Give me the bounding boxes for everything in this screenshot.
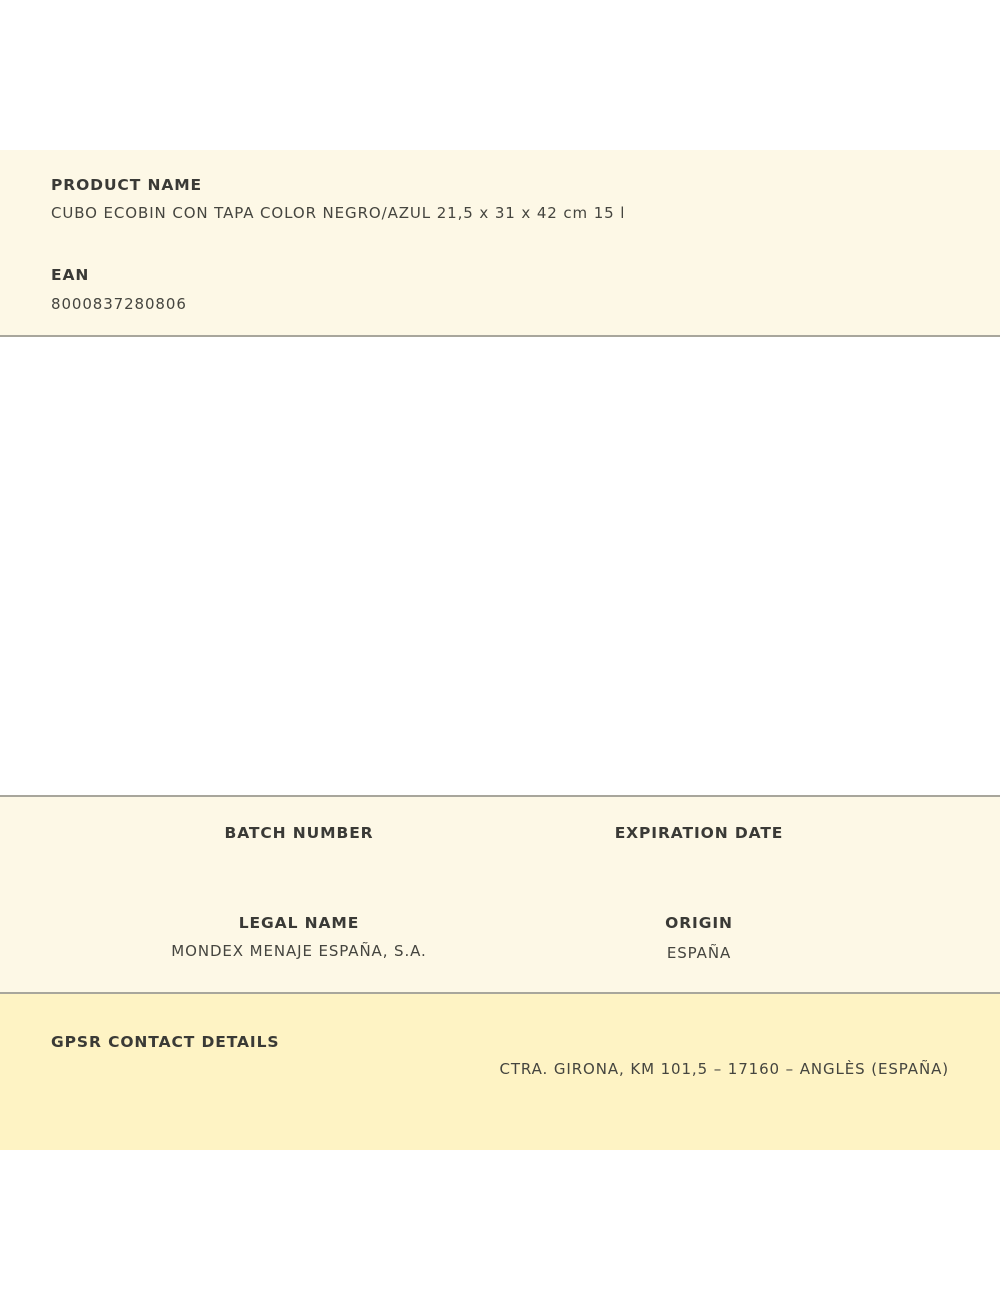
origin-label: ORIGIN	[665, 914, 733, 932]
ean-label: EAN	[51, 266, 89, 284]
origin-value: ESPAÑA	[667, 944, 731, 962]
batch-number-label: BATCH NUMBER	[224, 824, 373, 842]
gpsr-contact-label: GPSR CONTACT DETAILS	[51, 1033, 279, 1051]
gpsr-contact-section: GPSR CONTACT DETAILS CTRA. GIRONA, KM 10…	[0, 994, 1000, 1150]
ean-value: 8000837280806	[51, 295, 187, 313]
legal-name-value: MONDEX MENAJE ESPAÑA, S.A.	[171, 942, 426, 960]
legal-name-label: LEGAL NAME	[239, 914, 359, 932]
product-name-label: PRODUCT NAME	[51, 176, 202, 194]
expiration-date-label: EXPIRATION DATE	[615, 824, 784, 842]
gpsr-address-value: CTRA. GIRONA, KM 101,5 – 17160 – ANGLÈS …	[499, 1060, 949, 1078]
product-name-value: CUBO ECOBIN CON TAPA COLOR NEGRO/AZUL 21…	[51, 204, 625, 222]
product-info-section: PRODUCT NAME CUBO ECOBIN CON TAPA COLOR …	[0, 150, 1000, 337]
product-details-section: BATCH NUMBER EXPIRATION DATE LEGAL NAME …	[0, 795, 1000, 994]
